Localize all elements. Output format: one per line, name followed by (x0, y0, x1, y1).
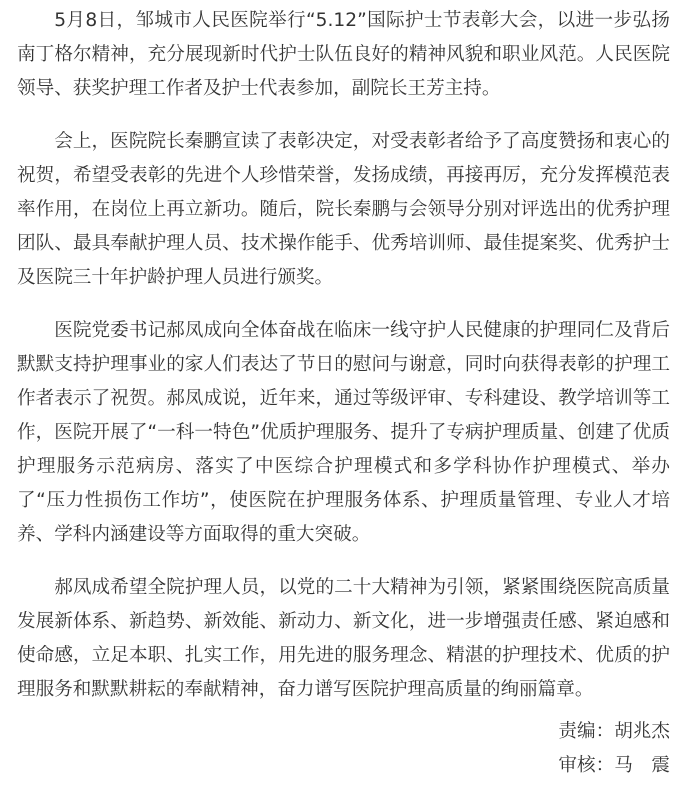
article-paragraph-1: 5月8日，邹城市人民医院举行“5.12”国际护士节表彰大会，以进一步弘扬南丁格尔… (17, 4, 670, 106)
article-paragraph-4: 郝凤成希望全院护理人员，以党的二十大精神为引领，紧紧围绕医院高质量发展新体系、新… (17, 571, 670, 707)
article-credits: 责编：胡兆杰 审核：马 震 (17, 715, 670, 783)
reviewer-credit: 审核：马 震 (17, 749, 670, 783)
article-paragraph-2: 会上，医院院长秦鹏宣读了表彰决定，对受表彰者给予了高度赞扬和衷心的祝贺，希望受表… (17, 125, 670, 295)
article-body: 5月8日，邹城市人民医院举行“5.12”国际护士节表彰大会，以进一步弘扬南丁格尔… (0, 0, 691, 783)
editor-credit: 责编：胡兆杰 (17, 715, 670, 749)
article-paragraph-3: 医院党委书记郝凤成向全体奋战在临床一线守护人民健康的护理同仁及背后默默支持护理事… (17, 314, 670, 552)
